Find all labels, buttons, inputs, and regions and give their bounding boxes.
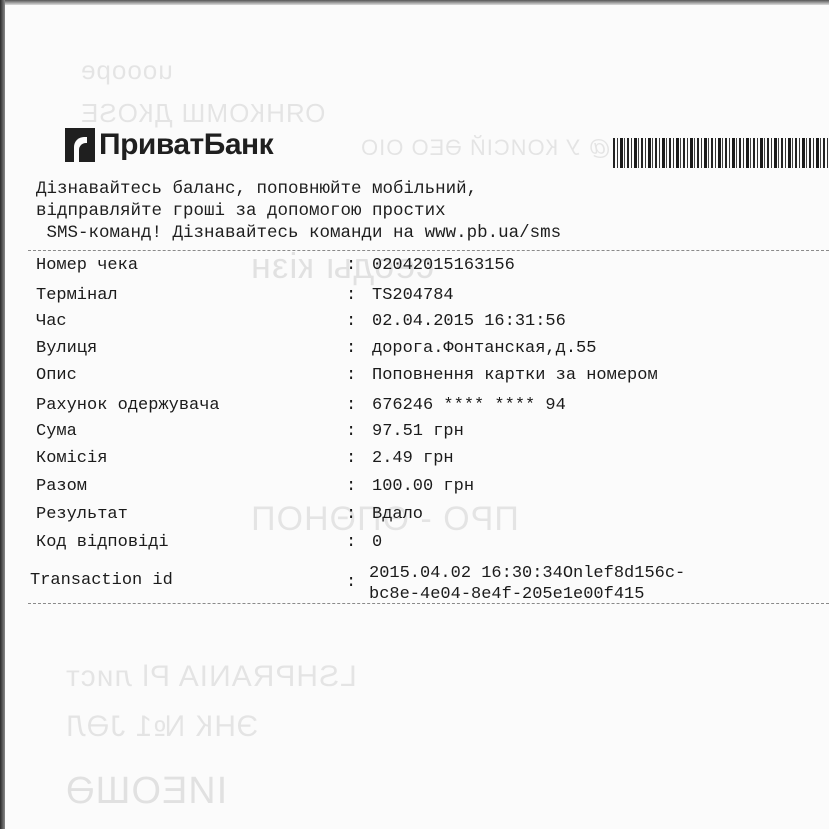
ghost-print: @ У КОИСІЙ ӘЕО ОІО <box>360 135 611 161</box>
bank-name: ПриватБанк <box>99 128 273 162</box>
field-colon: : <box>346 477 356 496</box>
ghost-print: LSHPRANIA Pl лист <box>65 660 357 694</box>
scan-top-edge <box>0 0 829 5</box>
transaction-id-value: 2015.04.02 16:30:34Onlef8d156c- bc8e-4e0… <box>369 563 685 605</box>
field-value: TS204784 <box>372 286 454 305</box>
field-colon: : <box>346 339 356 358</box>
field-label: Разом <box>36 477 87 496</box>
field-label: Час <box>36 312 67 331</box>
field-colon: : <box>346 286 356 305</box>
field-label: Сума <box>36 422 77 441</box>
dashed-separator <box>28 603 829 604</box>
promo-text: Дізнавайтесь баланс, поповнюйте мобільни… <box>36 178 561 244</box>
field-value: Поповнення картки за номером <box>372 366 658 385</box>
field-value: дорога.Фонтанская,д.55 <box>372 339 596 358</box>
field-value: 2.49 грн <box>372 449 454 468</box>
ghost-print: ЭНК №1 ЈӘЛ <box>65 710 259 744</box>
field-colon: : <box>346 505 356 524</box>
field-label: Комісія <box>36 449 107 468</box>
field-value: 0 <box>372 533 382 552</box>
field-label: Результат <box>36 505 128 524</box>
field-colon: : <box>346 573 356 592</box>
field-label: Вулиця <box>36 339 97 358</box>
ghost-print: ІИЕОШӘ <box>65 770 227 813</box>
barcode-icon <box>613 138 829 168</box>
field-value: 676246 **** **** 94 <box>372 396 566 415</box>
dashed-separator <box>28 250 829 251</box>
field-label: Термінал <box>36 286 118 305</box>
field-colon: : <box>346 366 356 385</box>
field-colon: : <box>346 256 356 275</box>
field-colon: : <box>346 533 356 552</box>
promo-line: відправляйте гроші за допомогою простих <box>36 201 446 221</box>
field-value: 02.04.2015 16:31:56 <box>372 312 566 331</box>
field-colon: : <box>346 449 356 468</box>
field-colon: : <box>346 396 356 415</box>
field-colon: : <box>346 422 356 441</box>
field-value: 100.00 грн <box>372 477 474 496</box>
field-label: Код відповіді <box>36 533 169 552</box>
privatbank-logo-icon <box>65 128 95 162</box>
ghost-print: uooope <box>80 55 173 86</box>
transaction-id-line: bc8e-4e04-8e4f-205e1e00f415 <box>369 585 644 604</box>
field-label: Transaction id <box>30 571 173 590</box>
field-value: Вдало <box>372 505 423 524</box>
promo-line: SMS-команд! Дізнавайтесь команди на www.… <box>36 223 561 243</box>
transaction-id-line: 2015.04.02 16:30:34Onlef8d156c- <box>369 564 685 583</box>
field-label: Опис <box>36 366 77 385</box>
field-label: Рахунок одержувача <box>36 396 220 415</box>
scan-left-edge <box>0 0 5 829</box>
bank-logo: ПриватБанк <box>65 125 273 165</box>
field-value: 02042015163156 <box>372 256 515 275</box>
field-colon: : <box>346 312 356 331</box>
field-label: Номер чека <box>36 256 138 275</box>
promo-line: Дізнавайтесь баланс, поповнюйте мобільни… <box>36 179 477 199</box>
field-value: 97.51 грн <box>372 422 464 441</box>
